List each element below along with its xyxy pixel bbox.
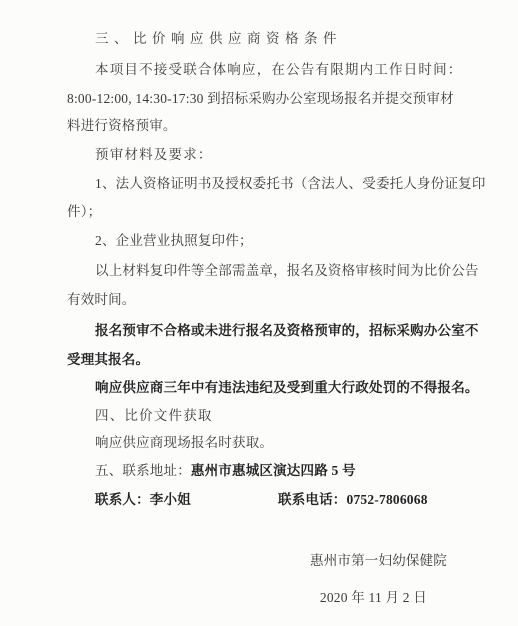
para-response-time-line3: 料进行资格预审。 xyxy=(67,117,472,135)
item2-line: 2、企业营业执照复印件； xyxy=(67,232,472,250)
section3-heading: 三、比价响应供应商资格条件 xyxy=(67,30,472,48)
section4-body-line: 响应供应商现场报名时获取。 xyxy=(67,434,472,452)
rejection-note-line2: 受理其报名。 xyxy=(67,351,472,369)
item1-line2: 件）； xyxy=(67,203,472,221)
contact-address-line: 五、联系地址：惠州市惠城区演达四路 5 号 xyxy=(67,462,472,480)
stamp-note-line1: 以上材料复印件等全部需盖章，报名及资格审核时间为比价公告 xyxy=(67,262,472,280)
signature-date: 2020 年 11 月 2 日 xyxy=(320,589,427,607)
para-response-time-line1: 本项目不接受联合体响应，在公告有限期内工作日时间： xyxy=(67,61,472,79)
violation-note-line: 响应供应商三年中有违法违纪及受到重大行政处罚的不得报名。 xyxy=(67,379,472,397)
preaudit-materials-label: 预审材料及要求： xyxy=(67,146,472,164)
para-response-time-line2: 8:00-12:00, 14:30-17:30 到招标采购办公室现场报名并提交预… xyxy=(67,90,472,108)
signature-org: 惠州市第一妇幼保健院 xyxy=(310,552,447,570)
contact-phone: 联系电话：0752-7806068 xyxy=(278,491,428,509)
stamp-note-line2: 有效时间。 xyxy=(67,291,472,309)
document-page: 三、比价响应供应商资格条件 本项目不接受联合体响应，在公告有限期内工作日时间： … xyxy=(0,0,518,626)
contact-address-label: 五、联系地址： xyxy=(95,463,191,478)
contact-person: 联系人：李小姐 xyxy=(95,492,191,507)
item1-line1: 1、法人资格证明书及授权委托书（含法人、受委托人身份证复印 xyxy=(67,175,472,193)
section4-heading: 四、比价文件获取 xyxy=(67,407,472,425)
contact-address-value: 惠州市惠城区演达四路 5 号 xyxy=(191,463,356,478)
rejection-note-line1: 报名预审不合格或未进行报名及资格预审的，招标采购办公室不 xyxy=(67,322,472,340)
contact-person-line: 联系人：李小姐 联系电话：0752-7806068 xyxy=(67,491,472,509)
